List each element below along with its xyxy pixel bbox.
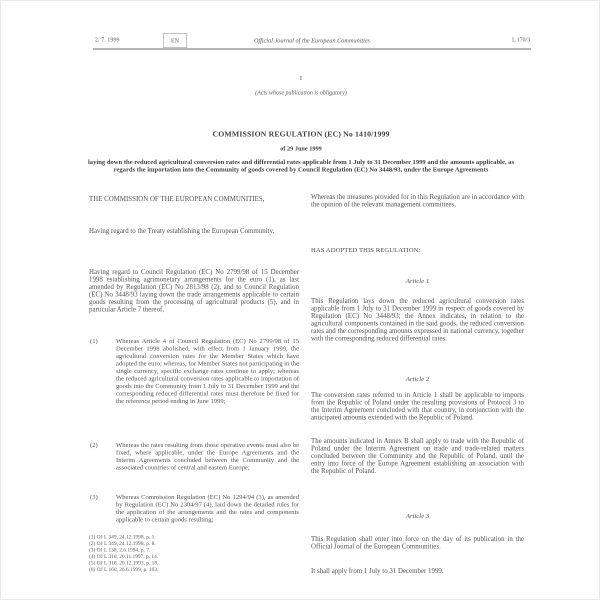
page-number: L 170/3 — [512, 37, 530, 43]
journal-title: Official Journal of the European Communi… — [93, 37, 531, 45]
recital-1-text: Whereas Article 4 of Council Regulation … — [116, 337, 299, 405]
footnote-line: (6) OJ L 160, 26.6.1999, p. 103. — [89, 567, 299, 574]
article-2-paragraph-1: The conversion rates referred to in Arti… — [311, 391, 524, 421]
enacting-formula: HAS ADOPTED THIS REGULATION: — [311, 246, 524, 254]
committee-opinion-clause: Whereas the measures provided for in thi… — [311, 193, 524, 208]
oj-regulation-page: 2. 7. 1999 EN Official Journal of the Eu… — [1, 1, 600, 600]
article-1-heading: Article 1 — [311, 277, 524, 285]
article-3-paragraph-2: It shall apply from 1 July to 31 Decembe… — [311, 567, 524, 575]
acts-obligatory-note: (Acts whose publication is obligatory) — [1, 89, 600, 97]
recital-1-number: (1) — [90, 337, 98, 345]
recital-2: (2) Whereas the rates resulting from tho… — [89, 441, 299, 471]
article-3-paragraph-1: This Regulation shall enter into force o… — [311, 535, 524, 550]
article-2-heading: Article 2 — [311, 375, 524, 383]
header-rule — [93, 49, 531, 50]
recital-3-number: (3) — [90, 493, 98, 501]
footnotes-block: (1) OJ L 349, 24.12.1998, p. 1. (2) OJ L… — [89, 534, 299, 573]
article-1-text: This Regulation lays down the reduced ag… — [311, 297, 524, 342]
section-marker: I — [1, 74, 600, 82]
recital-3: (3) Whereas Commission Regulation (EC) N… — [89, 493, 299, 523]
recital-2-text: Whereas the rates resulting from those o… — [116, 441, 299, 471]
regulation-date-line: of 29 June 1999 — [1, 145, 600, 153]
recital-2-number: (2) — [90, 441, 98, 449]
page-header: 2. 7. 1999 EN Official Journal of the Eu… — [93, 33, 531, 48]
recital-1: (1) Whereas Article 4 of Council Regulat… — [89, 337, 299, 405]
legal-basis-clause: Having regard to Council Regulation (EC)… — [89, 268, 299, 313]
regulation-subject: laying down the reduced agricultural con… — [87, 158, 515, 173]
recital-3-text: Whereas Commission Regulation (EC) No 12… — [116, 493, 299, 523]
article-3-heading: Article 3 — [311, 512, 524, 520]
preamble-opening: THE COMMISSION OF THE EUROPEAN COMMUNITI… — [89, 195, 299, 203]
treaty-clause: Having regard to the Treaty establishing… — [89, 227, 299, 235]
regulation-title: COMMISSION REGULATION (EC) No 1410/1999 — [1, 130, 600, 139]
article-2-paragraph-2: The amounts indicated in Annex B shall a… — [311, 437, 524, 475]
document-page: 2. 7. 1999 EN Official Journal of the Eu… — [0, 0, 600, 600]
